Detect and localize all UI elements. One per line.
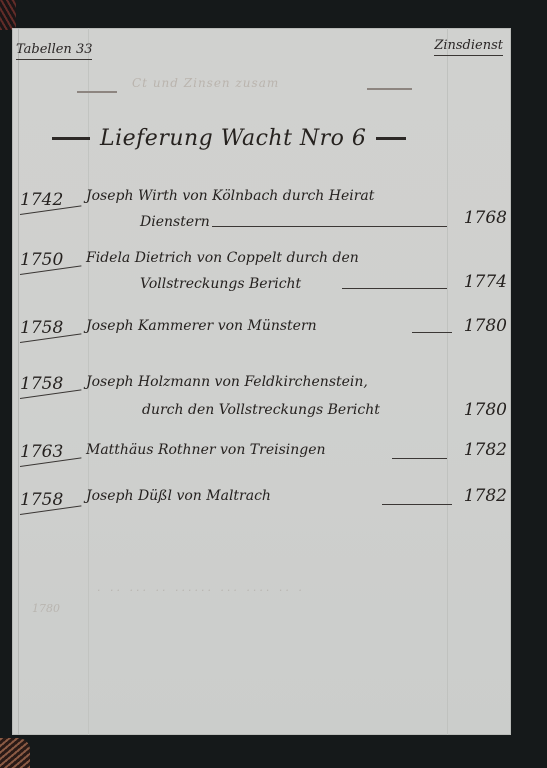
bleed-through-year: 1780: [32, 602, 60, 615]
entry-start-year: 1742: [20, 190, 63, 210]
bleed-dash-left: [77, 91, 117, 93]
page-title: Lieferung Wacht Nro 6: [100, 126, 366, 151]
entry-start-year: 1758: [20, 374, 63, 394]
bleed-dash-right: [367, 88, 412, 90]
entry-end-year: 1782: [464, 486, 507, 506]
entry-start-year: 1758: [20, 490, 63, 510]
entry-start-year: 1763: [20, 442, 63, 462]
entry-continuation-line: Vollstreckungs Bericht: [140, 276, 301, 292]
header-left-note: Tabellen 33: [16, 42, 92, 60]
register-entry: 1742 Joseph Wirth von Kölnbach durch Hei…: [12, 186, 511, 236]
entry-end-year: 1768: [464, 208, 507, 228]
entry-end-year: 1780: [464, 316, 507, 336]
register-entry: 1750 Fidela Dietrich von Coppelt durch d…: [12, 246, 511, 296]
register-entry: 1763 Matthäus Rothner von Treisingen 178…: [12, 438, 511, 474]
leader-line: [392, 458, 447, 459]
entry-continuation-line: Dienstern: [140, 214, 210, 230]
entry-name-line: Joseph Wirth von Kölnbach durch Heirat: [86, 188, 374, 204]
entry-end-year: 1782: [464, 440, 507, 460]
leader-line: [382, 504, 452, 505]
title-dash-left: [52, 137, 90, 140]
entry-continuation-line: durch den Vollstreckungs Bericht: [142, 402, 380, 418]
leader-line: [212, 226, 447, 227]
entry-name-line: Joseph Kammerer von Münstern: [86, 318, 317, 334]
register-entry: 1758 Joseph Kammerer von Münstern 1780: [12, 312, 511, 348]
document-page: Tabellen 33 Zinsdienst Ct und Zinsen zus…: [12, 28, 511, 735]
header-right-note: Zinsdienst: [434, 38, 503, 56]
entry-name-line: Joseph Holzmann von Feldkirchenstein,: [86, 374, 368, 390]
entry-name-line: Fidela Dietrich von Coppelt durch den: [86, 250, 359, 266]
binding-ribbon-bottom: [0, 738, 30, 768]
register-entry: 1758 Joseph Holzmann von Feldkirchenstei…: [12, 368, 511, 424]
leader-line: [412, 332, 452, 333]
register-entry: 1758 Joseph Düßl von Maltrach 1782: [12, 484, 511, 524]
entry-start-year: 1750: [20, 250, 63, 270]
entry-start-year: 1758: [20, 318, 63, 338]
bleed-through-header: Ct und Zinsen zusam: [132, 76, 279, 90]
entry-name-line: Joseph Düßl von Maltrach: [86, 488, 271, 504]
title-dash-right: [376, 137, 406, 140]
entry-name-line: Matthäus Rothner von Treisingen: [86, 442, 326, 458]
page-title-row: Lieferung Wacht Nro 6: [52, 118, 472, 158]
entry-end-year: 1780: [464, 400, 507, 420]
bleed-through-line: · ·· ··· ·· ······ ··· ···· ·· ·: [97, 584, 305, 597]
leader-line: [342, 288, 447, 289]
binding-ribbon-top: [0, 0, 16, 30]
entry-end-year: 1774: [464, 272, 507, 292]
